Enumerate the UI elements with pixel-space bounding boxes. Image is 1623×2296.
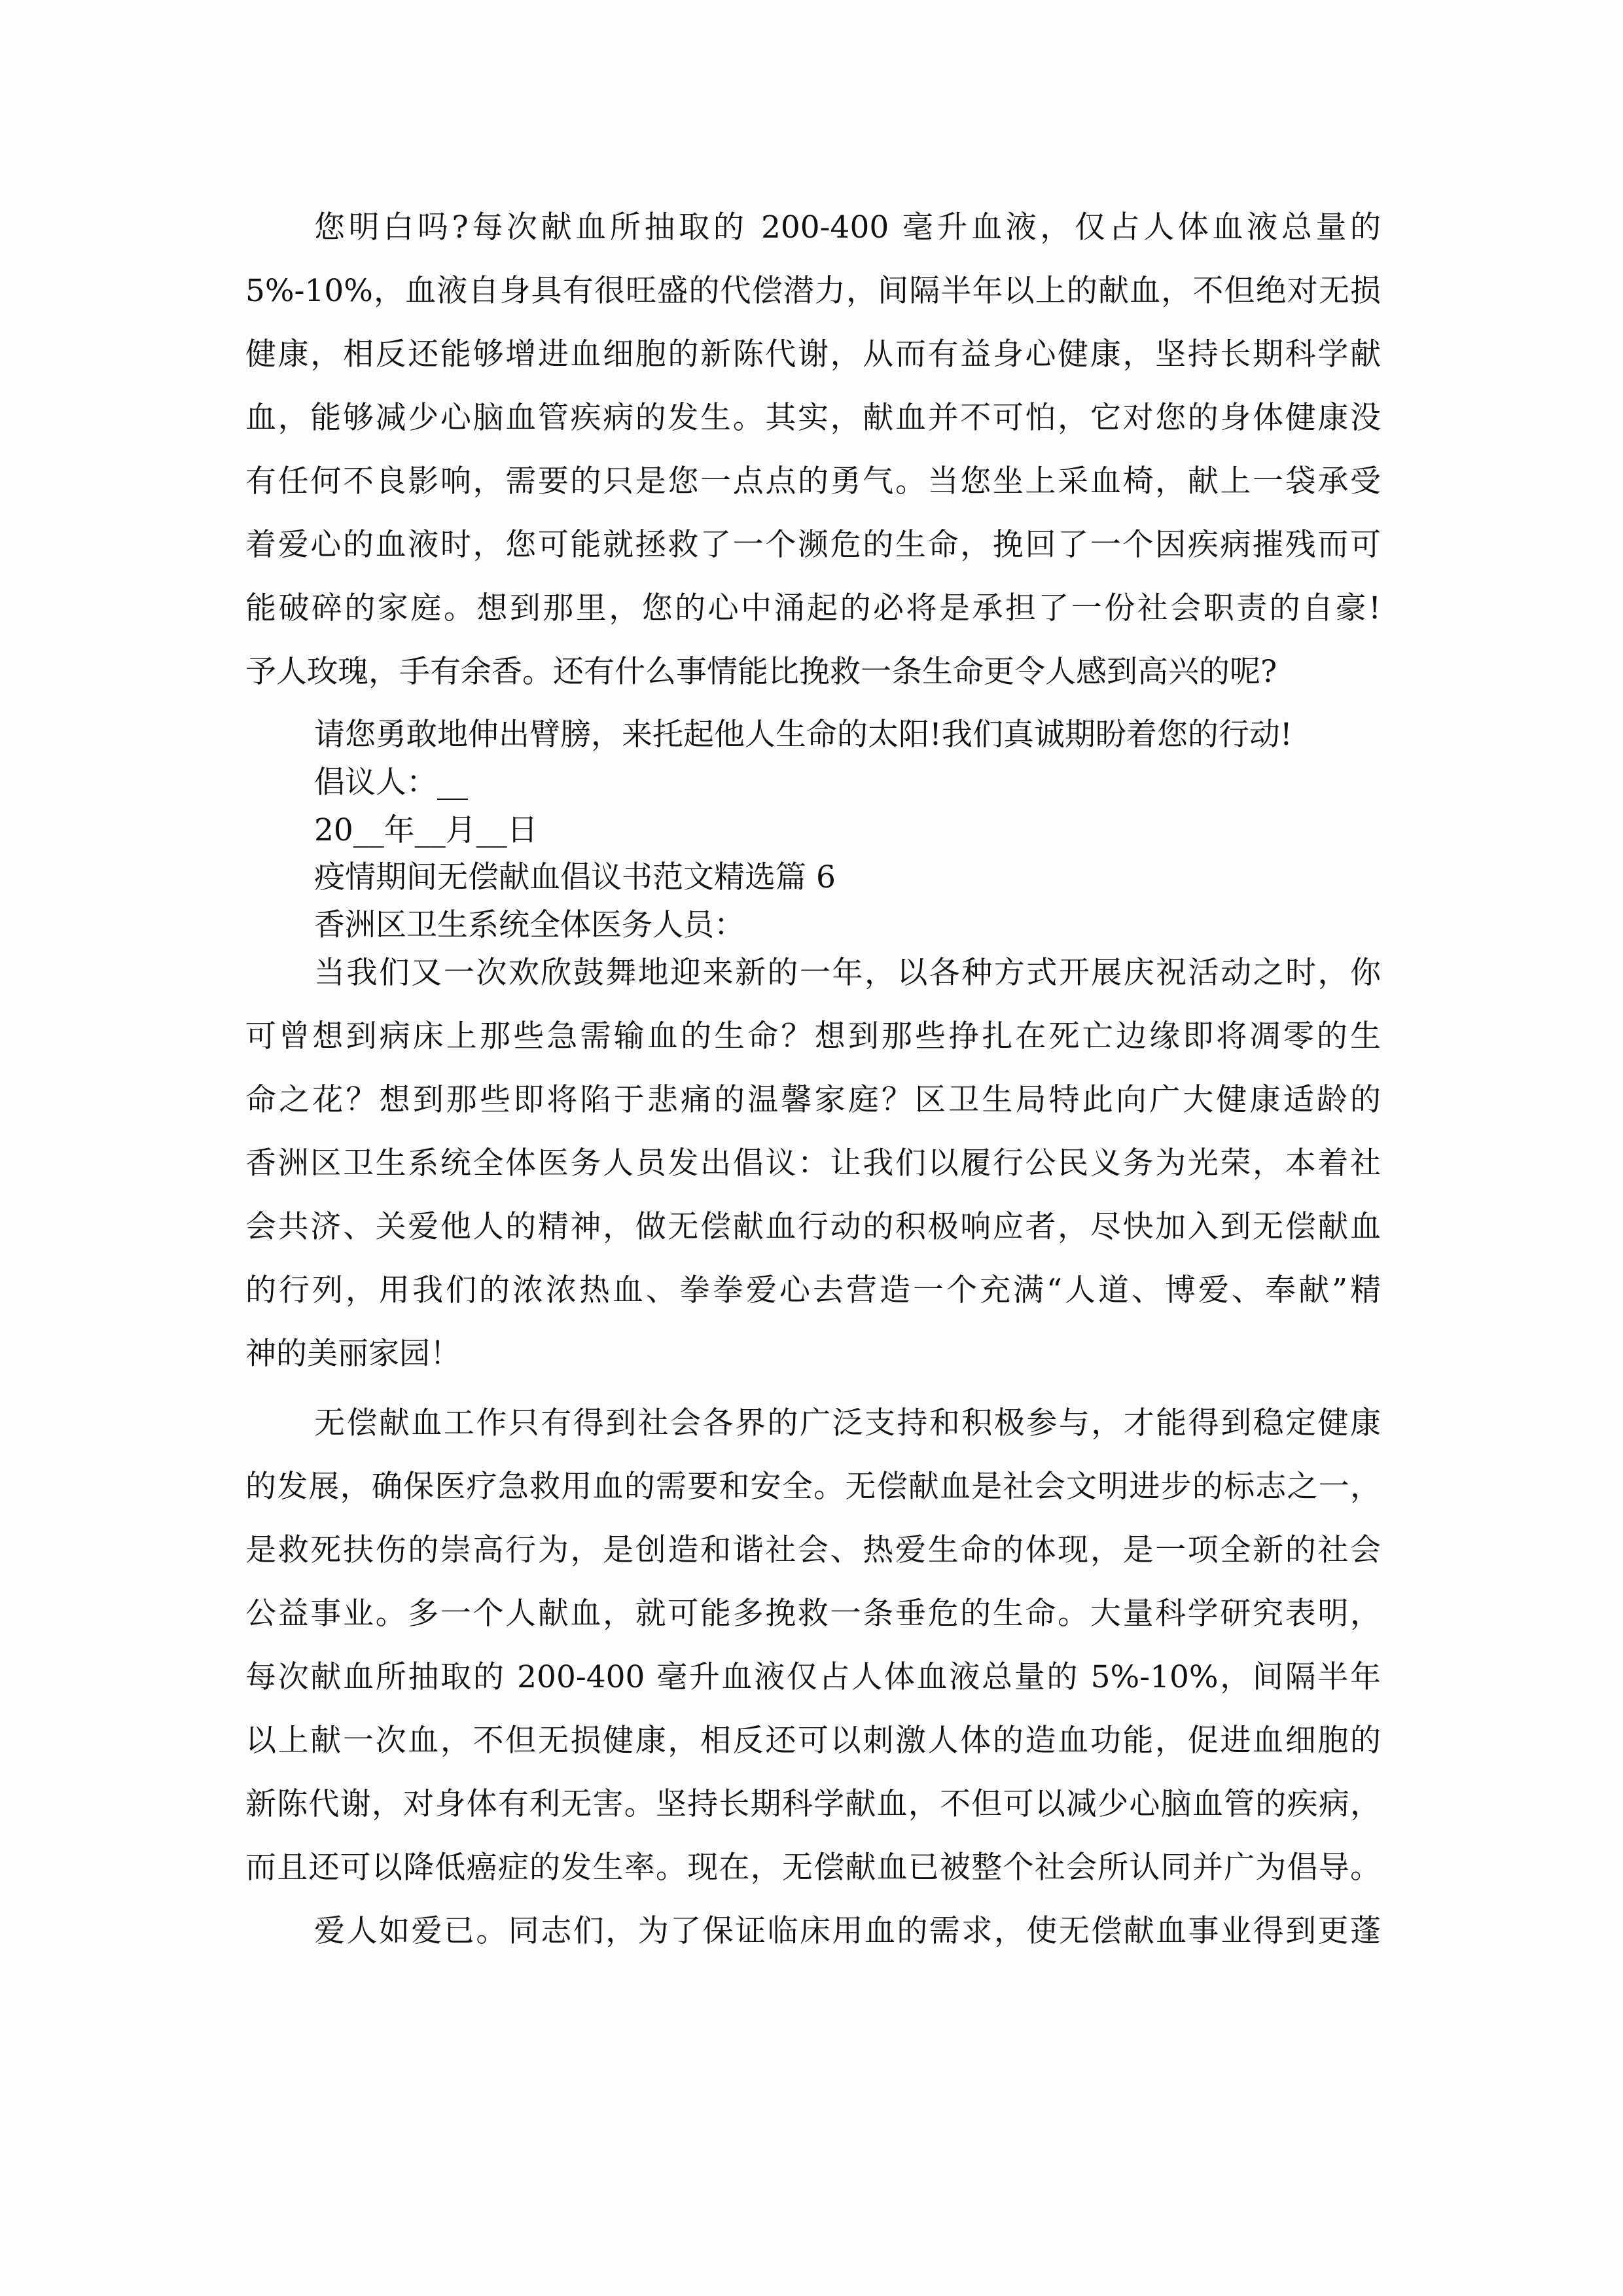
section-title: 疫情期间无偿献血倡议书范文精选篇 6 [314,858,1381,897]
text-line: 予人玫瑰，手有余香。还有什么事情能比挽救一条生命更令人感到高兴的呢? [245,653,1381,692]
text-line: 香洲区卫生系统全体医务人员发出倡议：让我们以履行公民义务为光荣，本着社 [245,1144,1381,1183]
text-line: 有任何不良影响，需要的只是您一点点的勇气。当您坐上采血椅，献上一袋承受 [245,462,1381,501]
text-line: 的行列，用我们的浓浓热血、拳拳爱心去营造一个充满“人道、博爱、奉献”精 [245,1271,1381,1310]
text-line: 每次献血所抽取的 200-400 毫升血液仅占人体血液总量的 5%-10%，间隔… [245,1658,1381,1697]
text-line: 无偿献血工作只有得到社会各界的广泛支持和积极参与，才能得到稳定健康 [314,1404,1381,1443]
date-line: 20__年__月__日 [314,811,1381,850]
text-line: 而且还可以降低癌症的发生率。现在，无偿献血已被整个社会所认同并广为倡导。 [245,1848,1381,1888]
text-line: 健康，相反还能够增进血细胞的新陈代谢，从而有益身心健康，坚持长期科学献 [245,335,1381,374]
text-line: 的发展，确保医疗急救用血的需要和安全。无偿献血是社会文明进步的标志之一， [245,1467,1381,1507]
text-line: 公益事业。多一个人献血，就可能多挽救一条垂危的生命。大量科学研究表明， [245,1594,1381,1634]
text-line: 爱人如爱已。同志们，为了保证临床用血的需求，使无偿献血事业得到更蓬 [314,1912,1381,1951]
signature-line: 倡议人：__ [314,763,1381,802]
salutation: 香洲区卫生系统全体医务人员： [314,906,1381,945]
text-line: 能破碎的家庭。想到那里，您的心中涌起的必将是承担了一份社会职责的自豪! [245,589,1381,628]
text-line: 会共济、关爱他人的精神，做无偿献血行动的积极响应者，尽快加入到无偿献血 [245,1208,1381,1247]
appeal-line: 请您勇敢地伸出臂膀，来托起他人生命的太阳!我们真诚期盼着您的行动! [314,715,1381,755]
document-page: 您明白吗?每次献血所抽取的 200-400 毫升血液，仅占人体血液总量的 5%-… [0,0,1623,2296]
text-line: 新陈代谢，对身体有利无害。坚持长期科学献血，不但可以减少心脑血管的疾病， [245,1785,1381,1824]
text-line: 可曾想到病床上那些急需输血的生命？想到那些挣扎在死亡边缘即将凋零的生 [245,1017,1381,1056]
text-line: 神的美丽家园！ [245,1335,1381,1374]
text-line: 5%-10%，血液自身具有很旺盛的代偿潜力，间隔半年以上的献血，不但绝对无损 [245,272,1381,311]
text-line: 是救死扶伤的崇高行为，是创造和谐社会、热爱生命的体现，是一项全新的社会 [245,1531,1381,1570]
text-line: 您明白吗?每次献血所抽取的 200-400 毫升血液，仅占人体血液总量的 [314,208,1381,247]
text-line: 以上献一次血，不但无损健康，相反还可以刺激人体的造血功能，促进血细胞的 [245,1721,1381,1761]
text-line: 当我们又一次欢欣鼓舞地迎来新的一年，以各种方式开展庆祝活动之时，你 [314,954,1381,993]
text-line: 命之花？想到那些即将陷于悲痛的温馨家庭？区卫生局特此向广大健康适龄的 [245,1081,1381,1120]
text-line: 血，能够减少心脑血管疾病的发生。其实，献血并不可怕，它对您的身体健康没 [245,399,1381,438]
text-line: 着爱心的血液时，您可能就拯救了一个濒危的生命，挽回了一个因疾病摧残而可 [245,526,1381,565]
